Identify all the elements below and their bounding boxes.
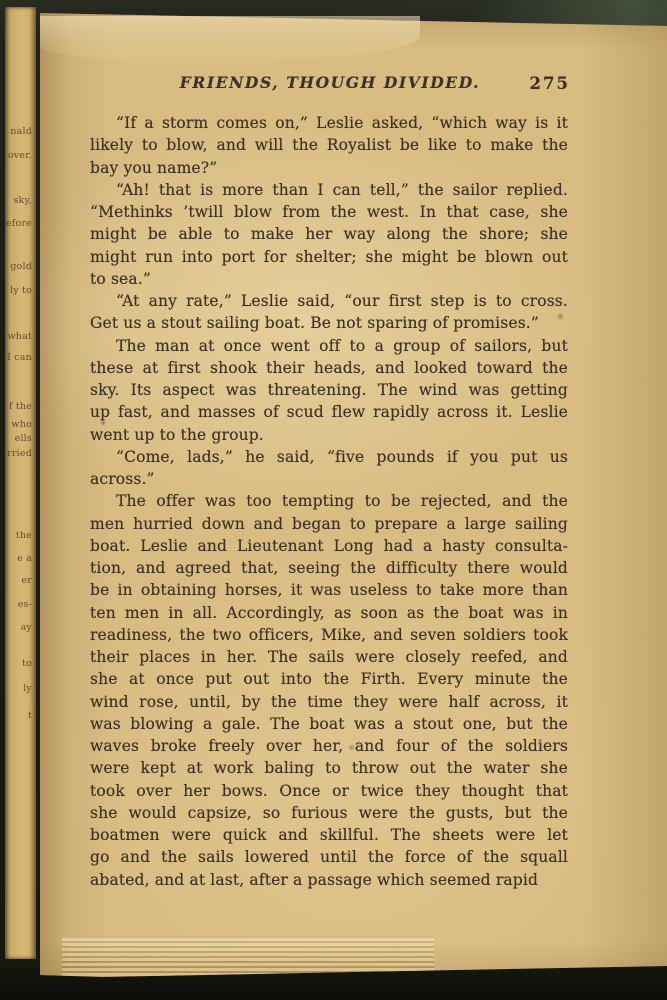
- page-edge-fragment: e a: [17, 554, 32, 564]
- text-line: were kept at work baling to throw out th…: [90, 757, 568, 779]
- book-page: FRIENDS, THOUGH DIVIDED. 275 “If a storm…: [40, 0, 667, 1000]
- text-line: men hurried down and began to prepare a …: [90, 513, 568, 535]
- text-line: up fast, and masses of scud flew rapidly…: [90, 401, 568, 423]
- text-line: boatmen were quick and skillful. The she…: [90, 824, 568, 846]
- text-line: “Ah! that is more than I can tell,” the …: [90, 179, 568, 201]
- page-edge-fragment: gold: [10, 262, 32, 272]
- running-title: FRIENDS, THOUGH DIVIDED.: [90, 73, 570, 92]
- book-photo: naldover.sky,eforegoldly towhatI canf th…: [0, 0, 667, 1000]
- text-line: abated, and at last, after a passage whi…: [90, 869, 568, 891]
- text-line: these at first shook their heads, and lo…: [90, 357, 568, 379]
- text-line: The man at once went off to a group of s…: [90, 335, 568, 357]
- text-line: likely to blow, and will the Royalist be…: [90, 134, 568, 156]
- page-edge-fragment: the: [16, 531, 32, 541]
- page-edge-fragment: I can: [7, 353, 32, 363]
- text-line: to sea.”: [90, 268, 568, 290]
- text-line: wind rose, until, by the time they were …: [90, 691, 568, 713]
- page-edge-fragment: what: [7, 332, 32, 342]
- page-number: 275: [530, 74, 570, 93]
- page-header: FRIENDS, THOUGH DIVIDED. 275: [90, 73, 570, 97]
- page-edge-fragment: sky,: [13, 196, 32, 206]
- page-edge-fragment: efore: [6, 219, 32, 229]
- page-edge-fragment: ells: [15, 434, 32, 444]
- text-line: “Methinks ’twill blow from the west. In …: [90, 201, 568, 223]
- page-edge-fragment: f the: [9, 402, 32, 412]
- text-line: might be able to make her way along the …: [90, 223, 568, 245]
- text-line: be in obtaining horses, it was useless t…: [90, 579, 568, 601]
- text-line: went up to the group.: [90, 424, 568, 446]
- page-edge-fragment: t: [28, 711, 32, 721]
- text-line: she at once put out into the Firth. Ever…: [90, 668, 568, 690]
- text-line: “Come, lads,” he said, “five pounds if y…: [90, 446, 568, 468]
- page-edge-fragment: ly: [23, 684, 32, 694]
- page-edge-fragment: er: [21, 576, 32, 586]
- text-line: was blowing a gale. The boat was a stout…: [90, 713, 568, 735]
- text-line: go and the sails lowered until the force…: [90, 846, 568, 868]
- text-line: their places in her. The sails were clos…: [90, 646, 568, 668]
- page-edge-fragment: ay: [21, 623, 32, 633]
- text-line: tion, and agreed that, seeing the diffic…: [90, 557, 568, 579]
- text-line: ten men in all. Accordingly, as soon as …: [90, 602, 568, 624]
- text-line: The offer was too tempting to be rejecte…: [90, 490, 568, 512]
- text-line: bay you name?”: [90, 157, 568, 179]
- text-line: across.”: [90, 468, 568, 490]
- text-block: “If a storm comes on,” Leslie asked, “wh…: [90, 112, 568, 891]
- page-edge-fragment: ly to: [10, 286, 32, 296]
- text-line: might run into port for shelter; she mig…: [90, 246, 568, 268]
- paragraph: “If a storm comes on,” Leslie asked, “wh…: [90, 112, 568, 179]
- text-line: “If a storm comes on,” Leslie asked, “wh…: [90, 112, 568, 134]
- text-line: waves broke freely over her, and four of…: [90, 735, 568, 757]
- page-edge-fragment: who: [11, 420, 32, 430]
- paragraph: The offer was too tempting to be rejecte…: [90, 490, 568, 891]
- page-edge-fragment: to: [22, 659, 32, 669]
- page-edge-fragment: over.: [8, 151, 32, 161]
- page-edge-fragment: es-: [18, 600, 32, 610]
- text-line: readiness, the two officers, Mike, and s…: [90, 624, 568, 646]
- paragraph: The man at once went off to a group of s…: [90, 335, 568, 446]
- prev-page-edge: naldover.sky,eforegoldly towhatI canf th…: [5, 7, 36, 959]
- paragraph: “At any rate,” Leslie said, “our first s…: [90, 290, 568, 335]
- paragraph: “Ah! that is more than I can tell,” the …: [90, 179, 568, 290]
- page-edge-stack: [62, 936, 434, 976]
- text-line: Get us a stout sailing boat. Be not spar…: [90, 312, 568, 334]
- page-edge-fragment: nald: [10, 127, 32, 137]
- text-line: boat. Leslie and Lieutenant Long had a h…: [90, 535, 568, 557]
- text-line: sky. Its aspect was threatening. The win…: [90, 379, 568, 401]
- text-line: she would capsize, so furious were the g…: [90, 802, 568, 824]
- paragraph: “Come, lads,” he said, “five pounds if y…: [90, 446, 568, 491]
- page-edge-fragment: rried: [7, 449, 32, 459]
- text-line: took over her bows. Once or twice they t…: [90, 780, 568, 802]
- text-line: “At any rate,” Leslie said, “our first s…: [90, 290, 568, 312]
